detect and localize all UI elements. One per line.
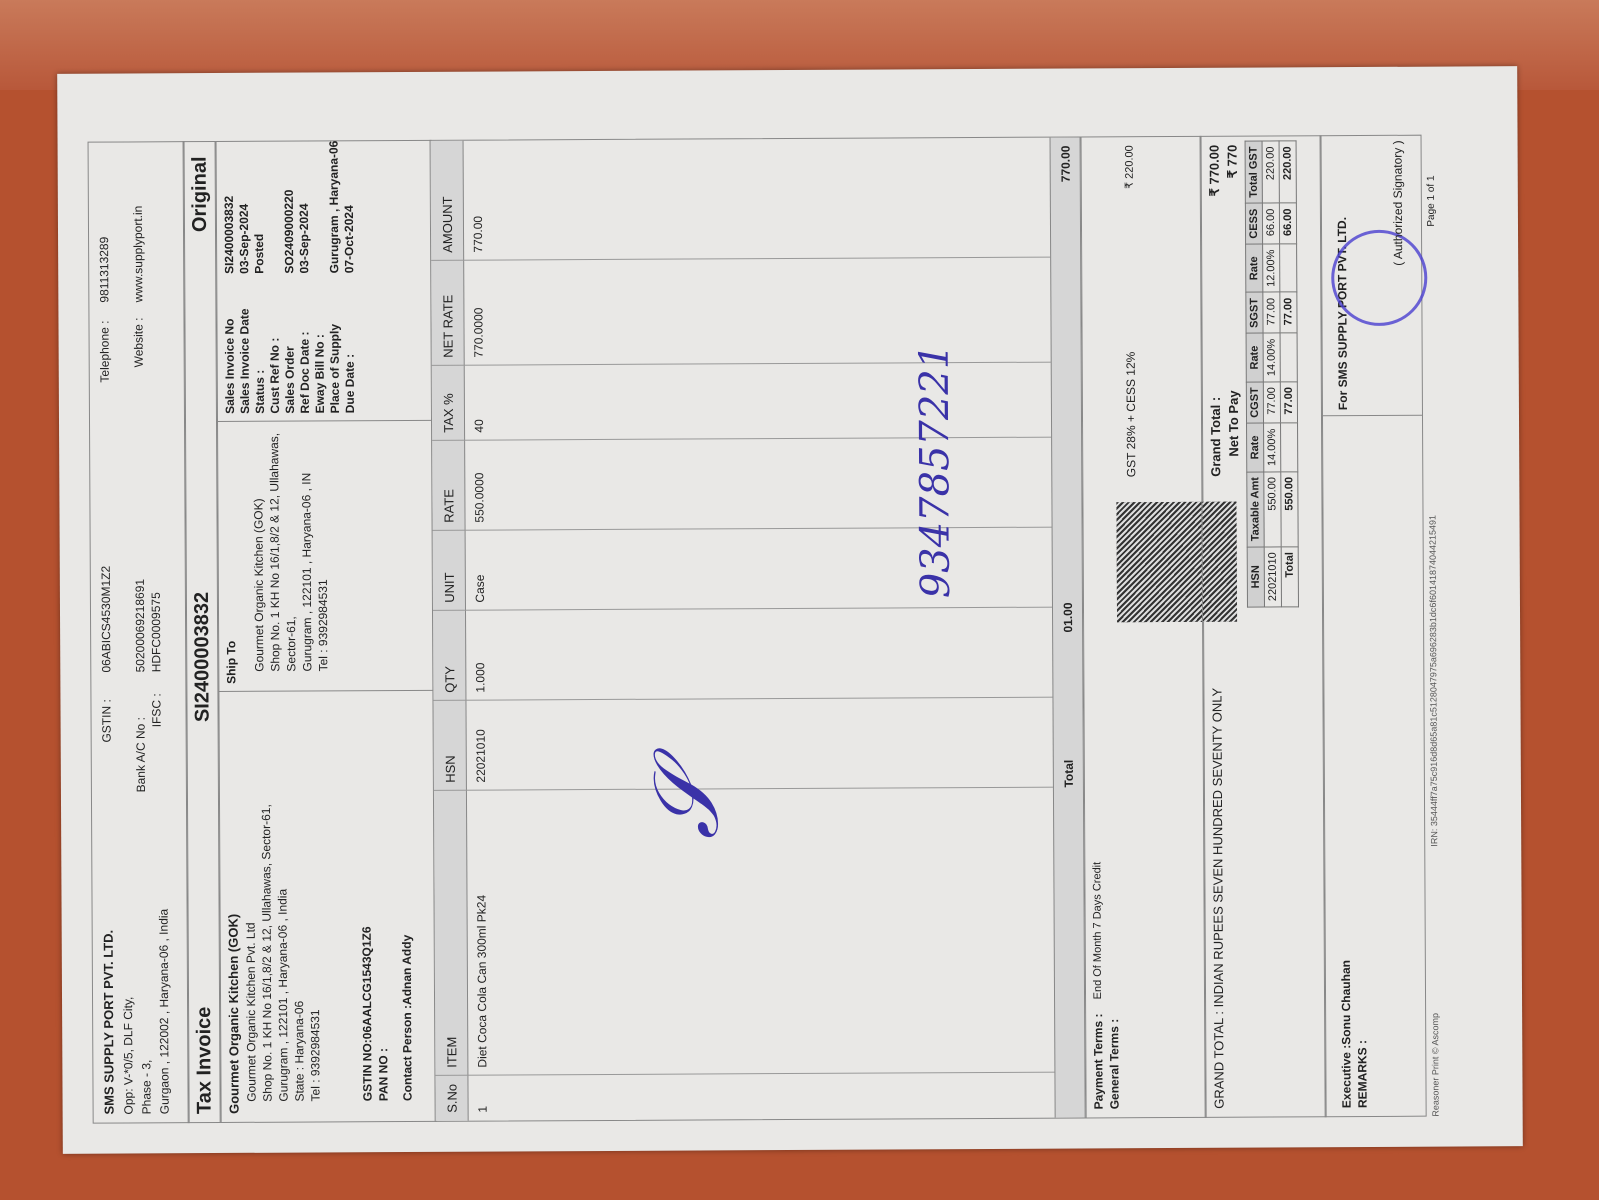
table-cell: Case — [473, 575, 487, 603]
meta-label: Place of Supply — [327, 324, 341, 413]
meta-value: SI2400003832 — [222, 196, 236, 274]
column-header: HSN — [443, 755, 458, 783]
meta-value: Gurugram , Haryana-06 — [327, 141, 342, 274]
bill-to-line: Gourmet Organic Kitchen Pvt. Ltd — [244, 922, 259, 1101]
meta-value: 03-Sep-2024 — [297, 203, 311, 273]
table-cell: Diet Coca Cola Can 300ml Pk24 — [474, 895, 489, 1068]
meta-label: Due Date : — [343, 354, 357, 413]
column-header: AMOUNT — [440, 196, 455, 252]
footer-block: Executive :Sonu Chauhan REMARKS : For SM… — [1320, 135, 1427, 1118]
seller-header: SMS SUPPLY PORT PVT. LTD. Opp: V-*0/5, D… — [88, 141, 190, 1123]
tax-note: GST 28% + CESS 12% — [1124, 352, 1139, 478]
grand-total-block: GRAND TOTAL : INDIAN RUPEES SEVEN HUNDRE… — [1200, 135, 1327, 1118]
table-row: Total550.0077.0077.0066.00220.00 — [1279, 141, 1298, 607]
copy-label: Original — [189, 156, 212, 232]
net-to-pay-value: ₹ 770 — [1225, 145, 1241, 179]
seller-address-3: Gurgaon , 122002 , Haryana-06 , India — [157, 909, 172, 1115]
handwritten-phone-number: 9347857221 — [912, 344, 959, 599]
column-header: S.No — [444, 1084, 459, 1113]
irn: IRN: 35444ff7a75c916d8d65a81c5128047975a… — [1428, 515, 1440, 847]
total-amount: 770.00 — [1059, 146, 1073, 183]
bill-to-name: Gourmet Organic Kitchen (GOK) — [226, 914, 242, 1114]
meta-value: SO2409000220 — [282, 190, 296, 274]
tax-amount: ₹ 220.00 — [1123, 145, 1136, 189]
meta-value: Posted — [252, 234, 266, 274]
ship-to-line: Gurugram , 122101 , Haryana-06 , IN — [299, 473, 314, 672]
authorized-signatory: ( Authorized Signatory ) — [1391, 140, 1406, 265]
column-header: UNIT — [442, 572, 457, 602]
bill-to-line: Gurugram , 122101 , Haryana-06 , India — [275, 889, 290, 1102]
bill-to-line: Shop No. 1 KH No 16/1,8/2 & 12, Ullahawa… — [259, 804, 275, 1102]
column-header: RATE — [441, 489, 456, 523]
bill-to-line: Tel : 9392984531 — [308, 1009, 322, 1101]
seller-address-2: Phase - 3, — [139, 1060, 153, 1115]
meta-label: Ref Doc Date : — [298, 331, 312, 413]
meta-value: 07-Oct-2024 — [342, 205, 356, 273]
ship-to-line: Sector-61, — [284, 616, 298, 671]
table-cell: 770.00 — [471, 216, 485, 253]
meta-label: Cust Ref No : — [268, 338, 282, 414]
meta-label: Sales Invoice No — [222, 319, 236, 414]
net-to-pay-label: Net To Pay — [1226, 390, 1241, 456]
bill-to-gstin: GSTIN NO:06AALCG1543Q1Z6 — [360, 926, 375, 1101]
grand-total-words: GRAND TOTAL : INDIAN RUPEES SEVEN HUNDRE… — [1209, 688, 1226, 1109]
table-cell: 770.0000 — [471, 308, 485, 358]
print-credit: Reasoner Print © Ascomp — [1430, 1013, 1441, 1117]
bank-value: 50200069218691 — [133, 579, 147, 673]
items-table: S.NoITEMHSNQTYUNITRATETAX %NET RATEAMOUN… — [430, 136, 1087, 1121]
executive: Executive :Sonu Chauhan — [1339, 960, 1354, 1108]
gst-summary-table: HSNTaxable AmtRateCGSTRateSGSTRateCESSTo… — [1245, 140, 1299, 607]
seller-address-1: Opp: V-*0/5, DLF City, — [121, 997, 136, 1115]
general-terms-label: General Terms : — [1107, 1019, 1121, 1110]
address-block: Gourmet Organic Kitchen (GOK) Gourmet Or… — [215, 140, 437, 1123]
column-header: NET RATE — [440, 295, 455, 358]
seller-name: SMS SUPPLY PORT PVT. LTD. — [101, 930, 117, 1115]
table-cell: 22021010 — [474, 729, 488, 782]
ship-to-line: Gourmet Organic Kitchen (GOK) — [251, 498, 266, 671]
ifsc-value: HDFC0009575 — [149, 592, 163, 672]
ship-to-line: Shop No. 1 KH No 16/1,8/2 & 12, Ullahawa… — [267, 433, 282, 672]
table-cell: 40 — [472, 419, 486, 432]
bank-label: Bank A/C No : — [134, 717, 148, 792]
meta-label: Sales Invoice Date — [237, 308, 252, 413]
remarks-label: REMARKS : — [1355, 1040, 1369, 1108]
bill-to-line: State : Haryana-06 — [292, 1001, 307, 1102]
column-header: TAX % — [441, 393, 456, 433]
meta-label: Sales Order — [283, 346, 297, 413]
grand-total-label: Grand Total : — [1208, 397, 1223, 477]
payment-terms-value: End Of Month 7 Days Credit — [1091, 862, 1104, 1000]
page-number: Page 1 of 1 — [1426, 175, 1437, 226]
meta-label: Eway Bill No : — [313, 334, 327, 413]
gstin-label: GSTIN : — [99, 699, 113, 742]
handwritten-signature: 𝒮 — [634, 770, 740, 840]
bill-to-contact: Contact Person :Adnan Addy — [400, 935, 415, 1101]
invoice-paper: SMS SUPPLY PORT PVT. LTD. Opp: V-*0/5, D… — [57, 66, 1523, 1154]
total-qty: 01.00 — [1061, 602, 1075, 632]
ifsc-label: IFSC : — [149, 693, 163, 727]
table-cell: 550.0000 — [472, 473, 486, 523]
terms-block: Payment Terms : End Of Month 7 Days Cred… — [1080, 136, 1207, 1119]
bill-to-pan: PAN NO : — [376, 1048, 390, 1101]
website-value: www.supplyport.in — [131, 206, 146, 303]
table-cell: 1.000 — [473, 663, 487, 693]
telephone-label: Telephone : — [97, 320, 111, 382]
total-label: Total — [1062, 760, 1076, 788]
meta-label: Status : — [253, 370, 267, 414]
invoice-number-large: SI2400003832 — [191, 592, 215, 722]
payment-terms-label: Payment Terms : — [1091, 1014, 1106, 1110]
table-cell: 1 — [476, 1106, 490, 1113]
company-stamp — [1331, 230, 1428, 327]
ship-to-title: Ship To — [224, 641, 238, 684]
meta-value: 03-Sep-2024 — [237, 204, 251, 274]
grand-total-value: ₹ 770.00 — [1207, 145, 1223, 197]
document-type: Tax Invoice — [193, 1007, 217, 1115]
invoice-page: SMS SUPPLY PORT PVT. LTD. Opp: V-*0/5, D… — [57, 106, 1462, 1153]
telephone-value: 9811313289 — [97, 237, 111, 303]
gstin-value: 06ABICS4530M1Z2 — [99, 566, 114, 673]
column-header: QTY — [442, 666, 457, 693]
column-header: ITEM — [444, 1037, 459, 1068]
ship-to-line: Tel : 9392984531 — [316, 579, 330, 671]
website-label: Website : — [131, 318, 145, 368]
